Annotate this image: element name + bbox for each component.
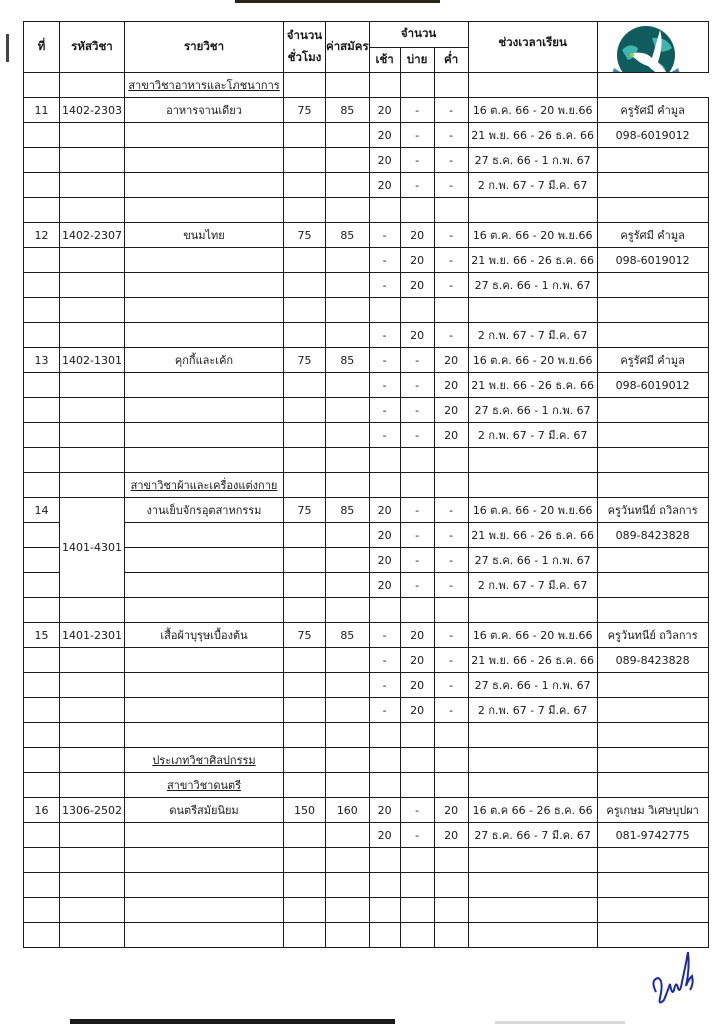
table-cell: [468, 73, 597, 98]
table-cell: [369, 873, 400, 898]
table-cell: [60, 673, 125, 698]
table-cell: [369, 898, 400, 923]
session-evening: -: [434, 173, 468, 198]
course-no: 14: [24, 498, 60, 523]
course-fee: 85: [326, 348, 370, 373]
header-evening: ค่ำ: [434, 47, 468, 73]
table-cell: [434, 773, 468, 798]
table-cell: [60, 723, 125, 748]
table-cell: [468, 473, 597, 498]
teacher-phone: 089-8423828: [597, 523, 708, 548]
table-cell: [468, 923, 597, 948]
table-cell: [597, 573, 708, 598]
table-cell: [125, 823, 284, 848]
course-schedule-table: ที่ รหัสวิชา รายวิชา จำนวน ชั่วโมง ค่าสม…: [23, 21, 709, 948]
table-cell: [434, 73, 468, 98]
table-cell: [326, 198, 370, 223]
table-cell: [597, 698, 708, 723]
table-cell: [369, 748, 400, 773]
session-period: 2 ก.พ. 67 - 7 มี.ค. 67: [468, 698, 597, 723]
table-cell: [369, 598, 400, 623]
table-cell: [326, 448, 370, 473]
session-morning: -: [369, 248, 400, 273]
table-row: -20-27 ธ.ค. 66 - 1 ก.พ. 67: [24, 673, 709, 698]
table-cell: [125, 123, 284, 148]
course-code: 1306-2502: [60, 798, 125, 823]
course-fee: 85: [326, 98, 370, 123]
table-cell: [60, 73, 125, 98]
table-row: [24, 873, 709, 898]
table-cell: [24, 423, 60, 448]
session-afternoon: 20: [400, 623, 434, 648]
table-cell: [369, 448, 400, 473]
table-cell: [597, 423, 708, 448]
table-cell: [326, 423, 370, 448]
session-morning: -: [369, 673, 400, 698]
table-cell: [125, 873, 284, 898]
table-cell: [326, 248, 370, 273]
table-cell: [284, 473, 326, 498]
table-row: [24, 448, 709, 473]
course-no: 13: [24, 348, 60, 373]
session-evening: -: [434, 623, 468, 648]
table-row: -20-2 ก.พ. 67 - 7 มี.ค. 67: [24, 698, 709, 723]
table-cell: [125, 673, 284, 698]
table-cell: [434, 198, 468, 223]
session-morning: -: [369, 348, 400, 373]
session-morning: 20: [369, 123, 400, 148]
table-cell: [468, 873, 597, 898]
table-cell: [284, 323, 326, 348]
table-cell: [326, 298, 370, 323]
header-count: จำนวน: [369, 22, 468, 48]
table-cell: [24, 523, 60, 548]
session-period: 16 ต.ค. 66 - 20 พ.ย.66: [468, 98, 597, 123]
table-row: 20--27 ธ.ค. 66 - 1 ก.พ. 67: [24, 548, 709, 573]
course-fee: 85: [326, 498, 370, 523]
table-cell: [60, 448, 125, 473]
table-cell: [434, 723, 468, 748]
table-cell: [326, 398, 370, 423]
table-cell: [400, 923, 434, 948]
course-code: 1402-1301: [60, 348, 125, 373]
teacher-name: ครูรัศมี คำมูล: [597, 348, 708, 373]
table-row: [24, 848, 709, 873]
table-cell: [597, 673, 708, 698]
table-cell: [60, 923, 125, 948]
table-row: 121402-2307ขนมไทย7585-20-16 ต.ค. 66 - 20…: [24, 223, 709, 248]
session-morning: 20: [369, 98, 400, 123]
session-period: 16 ต.ค. 66 - 20 พ.ย.66: [468, 348, 597, 373]
table-cell: [125, 323, 284, 348]
table-cell: [597, 173, 708, 198]
table-cell: [597, 323, 708, 348]
table-cell: [24, 398, 60, 423]
table-row: --202 ก.พ. 67 - 7 มี.ค. 67: [24, 423, 709, 448]
table-cell: [326, 73, 370, 98]
table-cell: [434, 298, 468, 323]
table-cell: [597, 773, 708, 798]
session-period: 2 ก.พ. 67 - 7 มี.ค. 67: [468, 423, 597, 448]
table-cell: [24, 848, 60, 873]
table-cell: [24, 698, 60, 723]
table-cell: [24, 448, 60, 473]
table-row: 20--27 ธ.ค. 66 - 1 ก.พ. 67: [24, 148, 709, 173]
table-cell: [597, 848, 708, 873]
course-name: อาหารจานเดียว: [125, 98, 284, 123]
course-hours: 75: [284, 223, 326, 248]
signature-icon: [648, 950, 698, 1010]
session-afternoon: -: [400, 548, 434, 573]
table-cell: [597, 298, 708, 323]
table-cell: [326, 698, 370, 723]
table-cell: [24, 123, 60, 148]
table-cell: [326, 148, 370, 173]
table-cell: [284, 873, 326, 898]
table-row: [24, 298, 709, 323]
table-row: 151401-2301เสื้อผ้าบุรุษเบื้องต้น7585-20…: [24, 623, 709, 648]
scan-edge-mark: [235, 0, 440, 3]
table-cell: [369, 298, 400, 323]
table-cell: [434, 923, 468, 948]
table-cell: [326, 323, 370, 348]
session-afternoon: -: [400, 523, 434, 548]
table-cell: [326, 523, 370, 548]
table-cell: [369, 473, 400, 498]
session-evening: -: [434, 648, 468, 673]
table-cell: [326, 673, 370, 698]
table-cell: [434, 448, 468, 473]
table-cell: [369, 923, 400, 948]
table-cell: [125, 298, 284, 323]
table-cell: [597, 448, 708, 473]
table-row: --2027 ธ.ค. 66 - 1 ก.พ. 67: [24, 398, 709, 423]
table-row: 20--2 ก.พ. 67 - 7 มี.ค. 67: [24, 173, 709, 198]
table-cell: [284, 598, 326, 623]
course-name: งานเย็บจักรอุตสาหกรรม: [125, 498, 284, 523]
table-cell: [60, 123, 125, 148]
table-cell: [468, 748, 597, 773]
table-cell: [284, 573, 326, 598]
table-cell: [468, 773, 597, 798]
session-afternoon: 20: [400, 223, 434, 248]
session-evening: -: [434, 223, 468, 248]
table-row: 20-2027 ธ.ค. 66 - 7 มี.ค. 67081-9742775: [24, 823, 709, 848]
session-evening: 20: [434, 373, 468, 398]
session-morning: 20: [369, 523, 400, 548]
table-cell: [597, 148, 708, 173]
table-cell: [326, 923, 370, 948]
table-cell: [326, 848, 370, 873]
session-period: 27 ธ.ค. 66 - 1 ก.พ. 67: [468, 548, 597, 573]
table-cell: [284, 923, 326, 948]
course-no: 11: [24, 98, 60, 123]
session-afternoon: 20: [400, 698, 434, 723]
table-cell: [60, 148, 125, 173]
session-period: 2 ก.พ. 67 - 7 มี.ค. 67: [468, 323, 597, 348]
session-evening: -: [434, 523, 468, 548]
table-row: -20-21 พ.ย. 66 - 26 ธ.ค. 66089-8423828: [24, 648, 709, 673]
table-cell: [60, 198, 125, 223]
table-cell: [326, 648, 370, 673]
course-name: คุกกี้และเค้ก: [125, 348, 284, 373]
table-row: -20-27 ธ.ค. 66 - 1 ก.พ. 67: [24, 273, 709, 298]
table-cell: [400, 598, 434, 623]
table-cell: [468, 598, 597, 623]
session-afternoon: -: [400, 173, 434, 198]
table-cell: [284, 198, 326, 223]
teacher-name: ครูวันทนีย์ ถวิลการ: [597, 623, 708, 648]
table-cell: [284, 823, 326, 848]
table-cell: [24, 323, 60, 348]
session-morning: -: [369, 223, 400, 248]
session-evening: -: [434, 98, 468, 123]
table-cell: [400, 848, 434, 873]
table-cell: [284, 548, 326, 573]
session-evening: 20: [434, 423, 468, 448]
table-row: สาขาวิชาผ้าและเครื่องแต่งกาย: [24, 473, 709, 498]
table-cell: [400, 448, 434, 473]
table-cell: [284, 423, 326, 448]
course-code: 1401-4301: [60, 498, 125, 598]
table-cell: [468, 198, 597, 223]
table-cell: [597, 898, 708, 923]
table-cell: [24, 923, 60, 948]
session-morning: 20: [369, 823, 400, 848]
table-cell: [24, 473, 60, 498]
session-afternoon: -: [400, 573, 434, 598]
table-row: 161306-2502ดนตรีสมัยนิยม15016020-2016 ต.…: [24, 798, 709, 823]
table-cell: [24, 373, 60, 398]
header-no: ที่: [24, 22, 60, 73]
table-cell: [597, 873, 708, 898]
session-period: 16 ต.ค. 66 - 20 พ.ย.66: [468, 223, 597, 248]
session-afternoon: -: [400, 498, 434, 523]
course-name: เสื้อผ้าบุรุษเบื้องต้น: [125, 623, 284, 648]
session-evening: -: [434, 323, 468, 348]
table-cell: [284, 173, 326, 198]
table-cell: [284, 848, 326, 873]
table-cell: [400, 898, 434, 923]
session-afternoon: -: [400, 348, 434, 373]
section-title: สาขาวิชาดนตรี: [125, 773, 284, 798]
session-morning: -: [369, 423, 400, 448]
table-cell: [326, 123, 370, 148]
table-cell: [125, 423, 284, 448]
table-cell: [284, 748, 326, 773]
session-morning: 20: [369, 798, 400, 823]
table-cell: [326, 823, 370, 848]
session-evening: -: [434, 698, 468, 723]
session-period: 16 ต.ค. 66 - 20 พ.ย.66: [468, 623, 597, 648]
table-cell: [284, 673, 326, 698]
session-afternoon: 20: [400, 648, 434, 673]
course-fee: 85: [326, 223, 370, 248]
table-cell: [24, 273, 60, 298]
table-cell: [24, 823, 60, 848]
table-cell: [125, 373, 284, 398]
table-cell: [400, 873, 434, 898]
table-cell: [284, 123, 326, 148]
table-row: [24, 723, 709, 748]
table-cell: [24, 748, 60, 773]
table-cell: [597, 748, 708, 773]
table-cell: [125, 548, 284, 573]
table-cell: [60, 898, 125, 923]
teacher-phone: 089-8423828: [597, 648, 708, 673]
session-afternoon: -: [400, 123, 434, 148]
session-morning: 20: [369, 498, 400, 523]
table-row: [24, 598, 709, 623]
dove-globe-logo-icon: [608, 24, 684, 73]
table-cell: [284, 73, 326, 98]
table-cell: [284, 398, 326, 423]
course-no: 12: [24, 223, 60, 248]
table-cell: [369, 773, 400, 798]
session-morning: -: [369, 398, 400, 423]
table-cell: [24, 873, 60, 898]
course-hours: 75: [284, 348, 326, 373]
table-row: [24, 198, 709, 223]
table-cell: [326, 273, 370, 298]
table-cell: [434, 848, 468, 873]
table-cell: [597, 923, 708, 948]
table-cell: [400, 198, 434, 223]
table-cell: [597, 198, 708, 223]
table-cell: [24, 898, 60, 923]
table-cell: [60, 848, 125, 873]
session-evening: -: [434, 498, 468, 523]
table-cell: [284, 298, 326, 323]
table-cell: [60, 273, 125, 298]
table-cell: [60, 773, 125, 798]
header-period: ช่วงเวลาเรียน: [468, 22, 597, 73]
table-cell: [468, 723, 597, 748]
session-morning: -: [369, 623, 400, 648]
table-cell: [597, 273, 708, 298]
course-code: 1402-2303: [60, 98, 125, 123]
table-cell: [369, 73, 400, 98]
header-code: รหัสวิชา: [60, 22, 125, 73]
teacher-phone: 098-6019012: [597, 373, 708, 398]
table-cell: [468, 848, 597, 873]
table-cell: [597, 473, 708, 498]
table-cell: [60, 323, 125, 348]
table-cell: [60, 398, 125, 423]
table-row: 20--21 พ.ย. 66 - 26 ธ.ค. 66098-6019012: [24, 123, 709, 148]
table-cell: [597, 548, 708, 573]
table-cell: [468, 898, 597, 923]
table-cell: [434, 473, 468, 498]
session-period: 21 พ.ย. 66 - 26 ธ.ค. 66: [468, 523, 597, 548]
table-cell: [24, 298, 60, 323]
table-cell: [125, 398, 284, 423]
table-cell: [284, 898, 326, 923]
header-fee: ค่าสมัคร: [326, 22, 370, 73]
table-cell: [400, 723, 434, 748]
table-cell: [326, 373, 370, 398]
table-cell: [597, 398, 708, 423]
table-cell: [326, 473, 370, 498]
table-cell: [60, 648, 125, 673]
course-code: 1402-2307: [60, 223, 125, 248]
teacher-name: ครูรัศมี คำมูล: [597, 223, 708, 248]
table-row: สาขาวิชาอาหารและโภชนาการ: [24, 73, 709, 98]
section-title: ประเภทวิชาศิลปกรรม: [125, 748, 284, 773]
teacher-phone: 098-6019012: [597, 123, 708, 148]
session-afternoon: 20: [400, 273, 434, 298]
session-afternoon: 20: [400, 248, 434, 273]
table-row: [24, 898, 709, 923]
table-cell: [284, 148, 326, 173]
table-cell: [369, 848, 400, 873]
table-cell: [60, 248, 125, 273]
table-cell: [326, 873, 370, 898]
table-cell: [60, 473, 125, 498]
session-evening: -: [434, 148, 468, 173]
session-evening: -: [434, 248, 468, 273]
table-cell: [24, 148, 60, 173]
table-cell: [125, 198, 284, 223]
session-evening: -: [434, 273, 468, 298]
header-afternoon: บ่าย: [400, 47, 434, 73]
table-cell: [125, 698, 284, 723]
table-cell: [468, 298, 597, 323]
table-cell: [125, 898, 284, 923]
session-period: 21 พ.ย. 66 - 26 ธ.ค. 66: [468, 373, 597, 398]
table-cell: [60, 373, 125, 398]
table-cell: [284, 523, 326, 548]
table-cell: [434, 898, 468, 923]
session-evening: 20: [434, 398, 468, 423]
table-row: ประเภทวิชาศิลปกรรม: [24, 748, 709, 773]
table-cell: [326, 598, 370, 623]
session-morning: -: [369, 273, 400, 298]
session-afternoon: -: [400, 423, 434, 448]
table-cell: [125, 598, 284, 623]
table-cell: [400, 773, 434, 798]
table-cell: [60, 423, 125, 448]
table-cell: [326, 173, 370, 198]
session-morning: -: [369, 323, 400, 348]
session-period: 16 ต.ค 66 - 26 ธ.ค. 66: [468, 798, 597, 823]
teacher-name: ครูวันทนีย์ ถวิลการ: [597, 498, 708, 523]
table-cell: [125, 923, 284, 948]
session-period: 27 ธ.ค. 66 - 1 ก.พ. 67: [468, 673, 597, 698]
table-row: [24, 923, 709, 948]
table-cell: [326, 773, 370, 798]
table-cell: [597, 723, 708, 748]
table-cell: [434, 873, 468, 898]
course-name: ดนตรีสมัยนิยม: [125, 798, 284, 823]
teacher-phone: 098-6019012: [597, 248, 708, 273]
table-cell: [60, 873, 125, 898]
table-cell: [24, 548, 60, 573]
course-hours: 75: [284, 98, 326, 123]
table-cell: [60, 698, 125, 723]
session-period: 21 พ.ย. 66 - 26 ธ.ค. 66: [468, 648, 597, 673]
header-hours-line2: ชั่วโมง: [284, 49, 325, 67]
session-morning: 20: [369, 573, 400, 598]
session-period: 2 ก.พ. 67 - 7 มี.ค. 67: [468, 573, 597, 598]
session-period: 2 ก.พ. 67 - 7 มี.ค. 67: [468, 173, 597, 198]
session-period: 27 ธ.ค. 66 - 1 ก.พ. 67: [468, 148, 597, 173]
session-evening: 20: [434, 348, 468, 373]
teacher-name: ครูรัศมี คำมูล: [597, 98, 708, 123]
table-cell: [326, 748, 370, 773]
header-hours-line1: จำนวน: [284, 27, 325, 45]
table-row: 111402-2303อาหารจานเดียว758520--16 ต.ค. …: [24, 98, 709, 123]
